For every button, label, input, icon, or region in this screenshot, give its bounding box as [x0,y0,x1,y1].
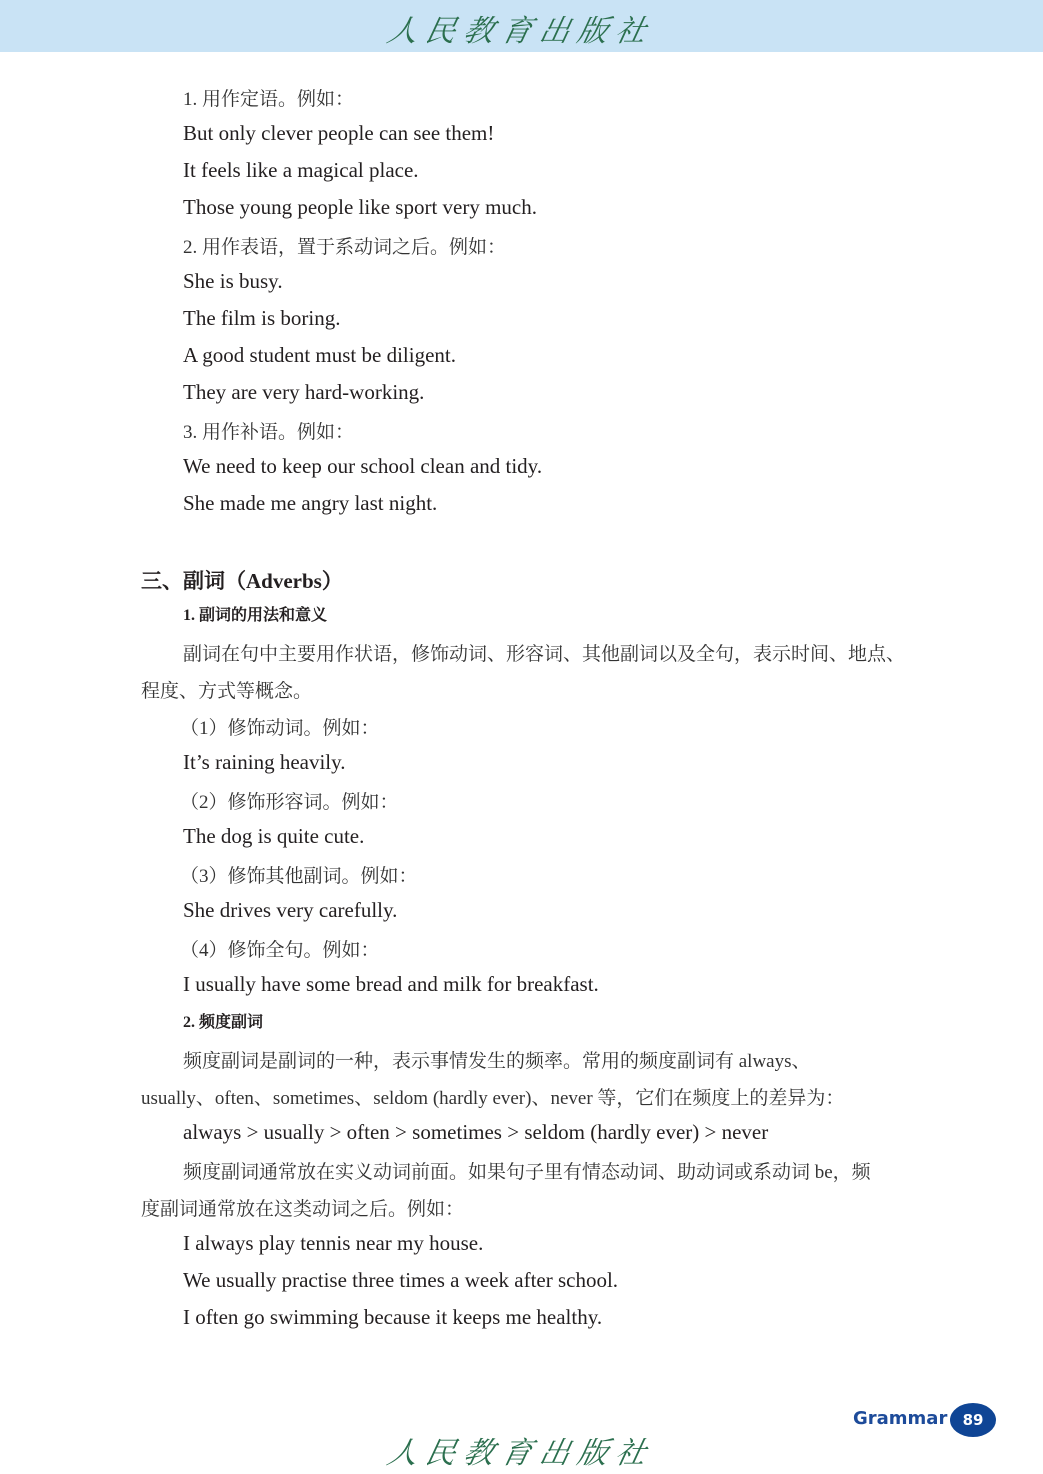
explanation-text: 度副词通常放在这类动词之后。例如： [141,1194,464,1221]
explanation-text: （2）修饰形容词。例如： [180,787,399,814]
example-sentence: It’s raining heavily. [183,750,346,775]
explanation-text: （3）修饰其他副词。例如： [180,861,418,888]
explanation-text: 程度、方式等概念。 [141,676,312,703]
explanation-text: 频度副词通常放在实义动词前面。如果句子里有情态动词、助动词或系动词 be，频 [183,1157,871,1184]
explanation-text: 2. 用作表语，置于系动词之后。例如： [183,232,506,259]
example-sentence: A good student must be diligent. [183,343,456,368]
section-heading: 三、副词（Adverbs） [141,565,343,595]
example-sentence: I always play tennis near my house. [183,1231,483,1256]
example-sentence: We usually practise three times a week a… [183,1268,618,1293]
subsection-heading: 1. 副词的用法和意义 [183,602,327,625]
explanation-text: 副词在句中主要用作状语，修饰动词、形容词、其他副词以及全句，表示时间、地点、 [183,639,905,666]
example-sentence: Those young people like sport very much. [183,195,537,220]
example-sentence: She drives very carefully. [183,898,397,923]
subsection-heading: 2. 频度副词 [183,1009,263,1032]
example-sentence: She made me angry last night. [183,491,437,516]
explanation-text: （1）修饰动词。例如： [180,713,380,740]
example-sentence: I often go swimming because it keeps me … [183,1305,602,1330]
example-sentence: always > usually > often > sometimes > s… [183,1120,768,1145]
publisher-logo-header: 人民教育出版社 [0,6,1043,50]
example-sentence: The dog is quite cute. [183,824,364,849]
example-sentence: They are very hard-working. [183,380,424,405]
explanation-text: 3. 用作补语。例如： [183,417,354,444]
example-sentence: I usually have some bread and milk for b… [183,972,599,997]
example-sentence: The film is boring. [183,306,340,331]
section-label: Grammar [853,1408,947,1429]
example-sentence: But only clever people can see them! [183,121,494,146]
example-sentence: She is busy. [183,269,283,294]
explanation-text: 1. 用作定语。例如： [183,84,354,111]
publisher-logo-footer: 人民教育出版社 [0,1428,1043,1472]
explanation-text: （4）修饰全句。例如： [180,935,380,962]
explanation-text: 频度副词是副词的一种，表示事情发生的频率。常用的频度副词有 always、 [183,1046,811,1073]
explanation-text: usually、often、sometimes、seldom (hardly e… [141,1083,844,1110]
example-sentence: We need to keep our school clean and tid… [183,454,542,479]
example-sentence: It feels like a magical place. [183,158,419,183]
